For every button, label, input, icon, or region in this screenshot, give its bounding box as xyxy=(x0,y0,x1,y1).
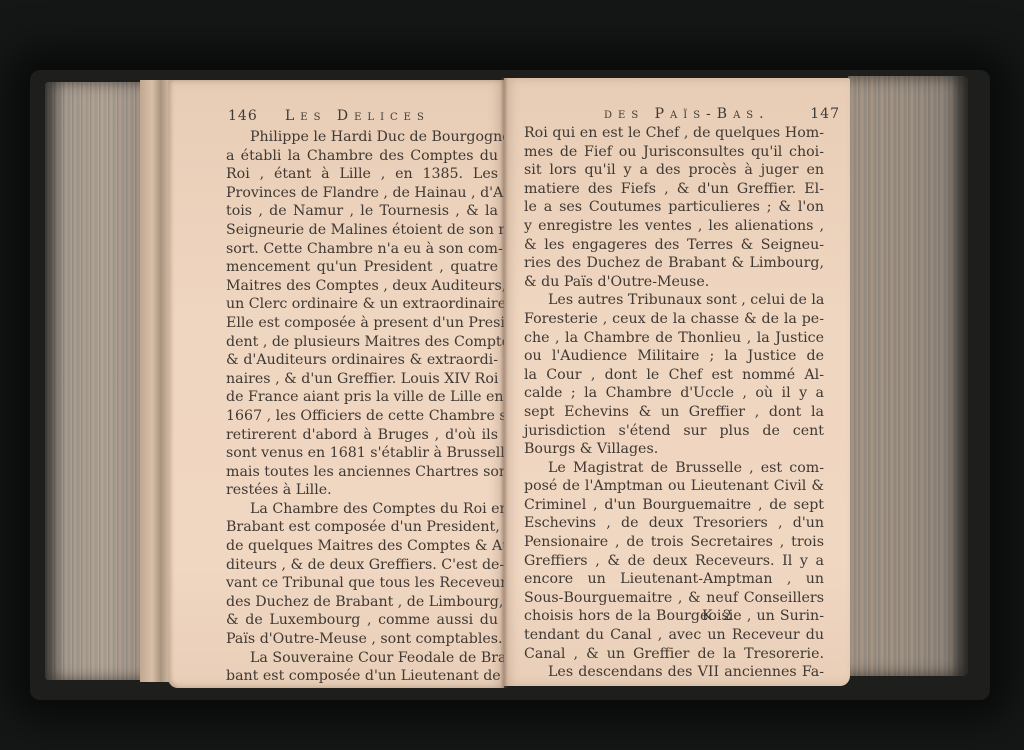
left-page-inner-edge xyxy=(140,80,170,682)
left-page-text: Philippe le Hardi Duc de Bourgognea étab… xyxy=(226,128,498,686)
text-line: sit lors qu'il y a des procès à juger en xyxy=(524,161,824,180)
text-line: Provinces de Flandre , de Hainau , d'Ar- xyxy=(226,184,498,203)
text-line: sort. Cette Chambre n'a eu à son com- xyxy=(226,240,498,259)
text-line: ries des Duchez de Brabant & Limbourg, xyxy=(524,254,824,273)
text-line: restées à Lille. xyxy=(226,481,498,500)
text-line: retirerent d'abord à Bruges , d'où ils xyxy=(226,426,498,445)
right-page: des Païs-Bas. 147 Roi qui en est le Chef… xyxy=(504,78,850,686)
left-page-number: 146 xyxy=(228,108,258,124)
text-line: & les engageres des Terres & Seigneu- xyxy=(524,236,824,255)
text-line: Païs d'Outre-Meuse , sont comptables. xyxy=(226,630,498,649)
text-line: mais toutes les anciennes Chartres sont xyxy=(226,463,498,482)
text-line: Eschevins , de deux Tresoriers , d'un xyxy=(524,514,824,533)
text-line: des Duchez de Brabant , de Limbourg, xyxy=(226,593,498,612)
right-page-text: Roi qui en est le Chef , de quelques Hom… xyxy=(524,124,824,682)
text-line: vant ce Tribunal que tous les Receveurs xyxy=(226,574,498,593)
text-line: posé de l'Amptman ou Lieutenant Civil & xyxy=(524,477,824,496)
text-line: mes de Fief ou Jurisconsultes qu'il choi… xyxy=(524,143,824,162)
text-line: un Clerc ordinaire & un extraordinaire. xyxy=(226,295,498,314)
text-line: & de Luxembourg , comme aussi du xyxy=(226,611,498,630)
text-line: le a ses Coutumes particulieres ; & l'on xyxy=(524,198,824,217)
text-line: Roi , étant à Lille , en 1385. Les xyxy=(226,165,498,184)
text-line: la Cour , dont le Chef est nommé Al- xyxy=(524,366,824,385)
text-line: che , la Chambre de Thonlieu , la Justic… xyxy=(524,329,824,348)
text-line: bant est composée d'un Lieutenant de xyxy=(226,667,498,686)
text-line: Roi qui en est le Chef , de quelques Hom… xyxy=(524,124,824,143)
text-line: diteurs , & de deux Greffiers. C'est de- xyxy=(226,556,498,575)
text-line: de France aiant pris la ville de Lille e… xyxy=(226,388,498,407)
book-gutter xyxy=(500,78,508,688)
text-line: Brabant est composée d'un President, xyxy=(226,518,498,537)
text-line: matiere des Fiefs , & d'un Greffier. El- xyxy=(524,180,824,199)
right-running-head: des Païs-Bas. 147 xyxy=(544,106,840,122)
text-line: choisis hors de la Bourgeoisie , un Suri… xyxy=(524,607,824,626)
right-page-number: 147 xyxy=(810,106,840,122)
text-line: Canal , & un Greffier de la Tresorerie. xyxy=(524,645,824,664)
text-line: & d'Auditeurs ordinaires & extraordi- xyxy=(226,351,498,370)
text-line: Elle est composée à present d'un Presi- xyxy=(226,314,498,333)
text-line: dent , de plusieurs Maitres des Comptes, xyxy=(226,333,498,352)
text-line: Philippe le Hardi Duc de Bourgogne xyxy=(226,128,498,147)
text-line: tendant du Canal , avec un Receveur du xyxy=(524,626,824,645)
text-line: jurisdiction s'étend sur plus de cent xyxy=(524,422,824,441)
text-line: mencement qu'un President , quatre xyxy=(226,258,498,277)
text-line: ou l'Audience Militaire ; la Justice de xyxy=(524,347,824,366)
text-line: calde ; la Chambre d'Uccle , où il y a xyxy=(524,384,824,403)
text-line: La Chambre des Comptes du Roi en xyxy=(226,500,498,519)
text-line: naires , & d'un Greffier. Louis XIV Roi xyxy=(226,370,498,389)
left-page: 146 Les Delices Philippe le Hardi Duc de… xyxy=(168,80,504,688)
text-line: Bourgs & Villages. xyxy=(524,440,824,459)
left-page-block-edge xyxy=(45,82,145,680)
text-line: sont venus en 1681 s'établir à Brusselle… xyxy=(226,444,498,463)
text-line: encore un Lieutenant-Amptman , un xyxy=(524,570,824,589)
text-line: Pensionaire , de trois Secretaires , tro… xyxy=(524,533,824,552)
text-line: Foresterie , ceux de la chasse & de la p… xyxy=(524,310,824,329)
text-line: Criminel , d'un Bourguemaitre , de sept xyxy=(524,496,824,515)
signature-catchword: K 2 xyxy=(702,608,735,624)
right-page-block-edge xyxy=(848,76,968,676)
text-line: Le Magistrat de Brusselle , est com- xyxy=(524,459,824,478)
text-line: Les autres Tribunaux sont , celui de la xyxy=(524,291,824,310)
text-line: a établi la Chambre des Comptes du xyxy=(226,147,498,166)
book-photo: 146 Les Delices Philippe le Hardi Duc de… xyxy=(0,0,1024,750)
text-line: Les descendans des VII anciennes Fa- xyxy=(524,663,824,682)
text-line: 1667 , les Officiers de cette Chambre se xyxy=(226,407,498,426)
text-line: Seigneurie de Malines étoient de son res… xyxy=(226,221,498,240)
text-line: & du Païs d'Outre-Meuse. xyxy=(524,273,824,292)
text-line: tois , de Namur , le Tournesis , & la xyxy=(226,202,498,221)
text-line: Greffiers , & de deux Receveurs. Il y a xyxy=(524,552,824,571)
text-line: La Souveraine Cour Feodale de Bra- xyxy=(226,649,498,668)
right-running-title: des Païs-Bas. xyxy=(544,106,770,122)
text-line: sept Echevins & un Greffier , dont la xyxy=(524,403,824,422)
text-line: Maitres des Comptes , deux Auditeurs, xyxy=(226,277,498,296)
text-line: y enregistre les ventes , les alienation… xyxy=(524,217,824,236)
left-running-title: Les Delices xyxy=(285,108,430,124)
text-line: Sous-Bourguemaitre , & neuf Conseillers xyxy=(524,589,824,608)
text-line: de quelques Maitres des Comptes & Au- xyxy=(226,537,498,556)
left-running-head: 146 Les Delices xyxy=(228,108,498,124)
